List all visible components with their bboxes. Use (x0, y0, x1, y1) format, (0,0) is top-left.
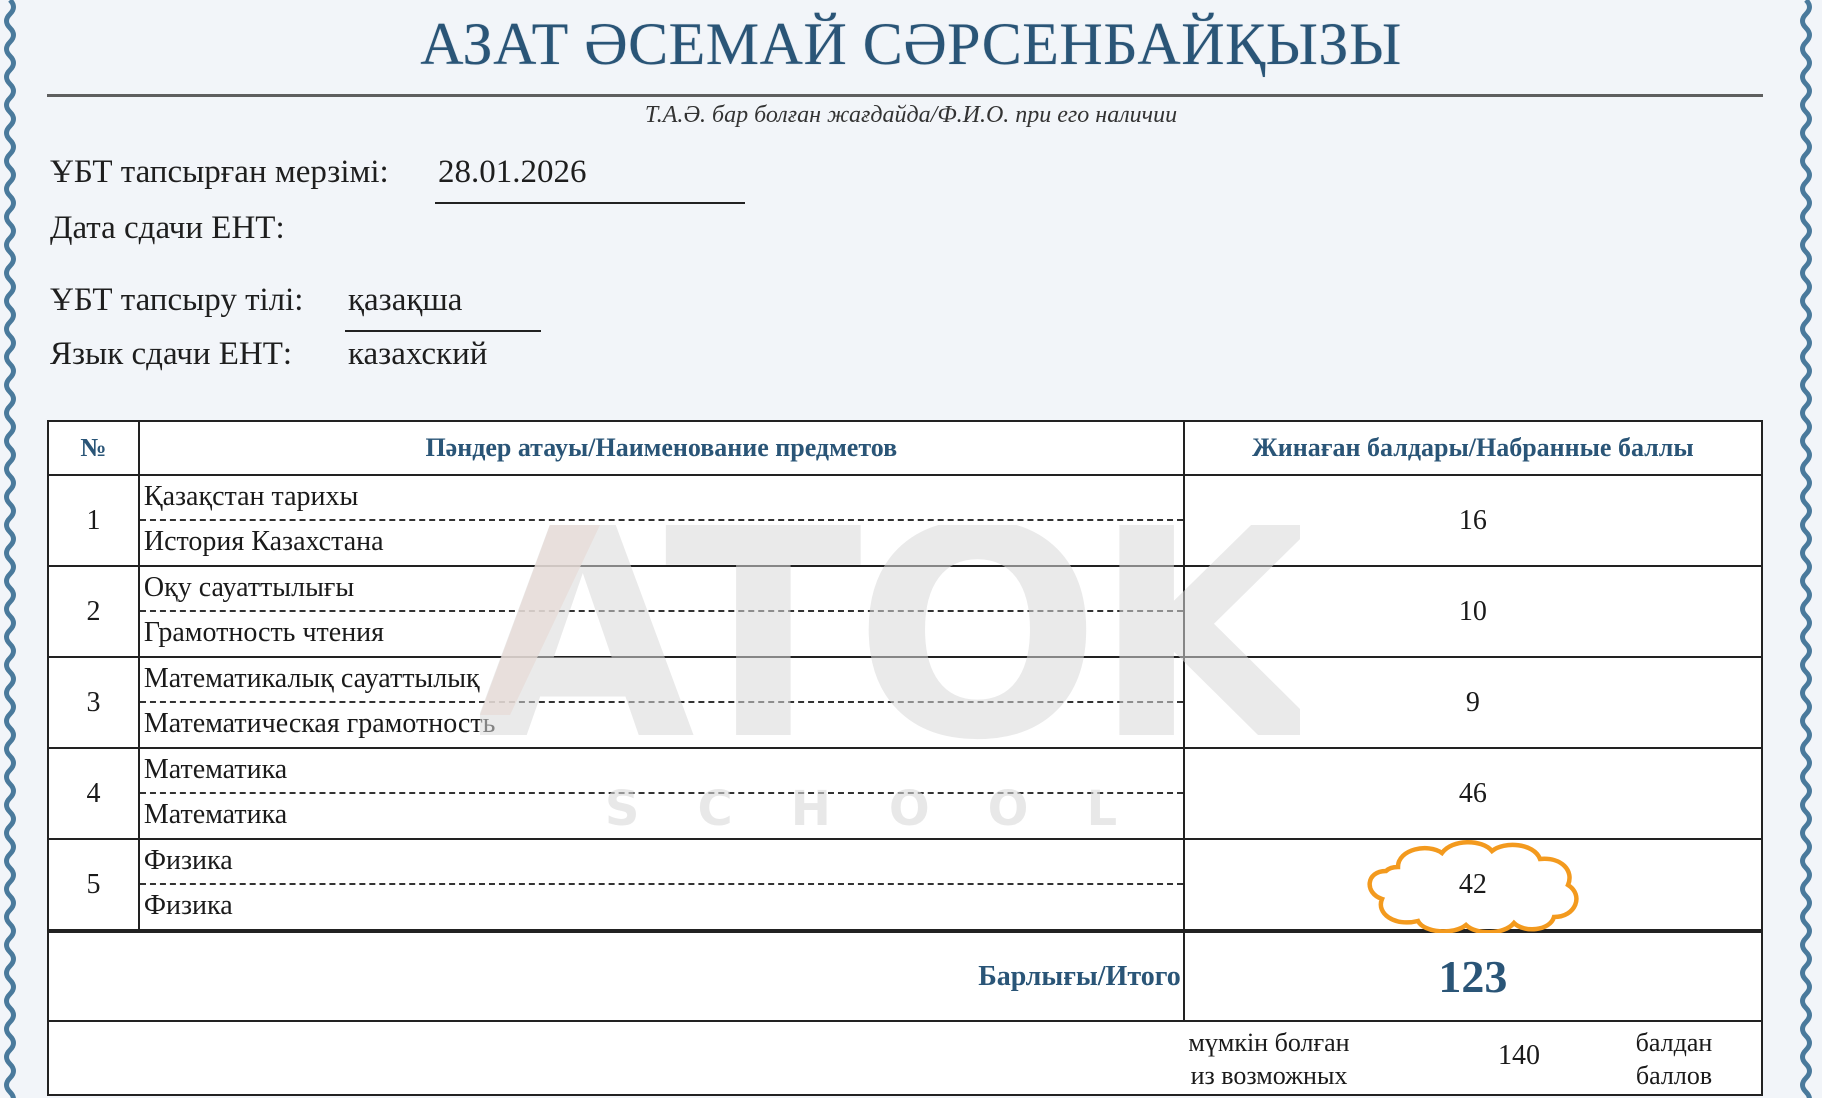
certificate-page: АЗАТ ӘСЕМАЙ СӘРСЕНБАЙҚЫЗЫ Т.А.Ә. бар бол… (0, 0, 1822, 1098)
table-row: 2Оқу сауаттылығыГрамотность чтения10 (48, 566, 1762, 657)
max-score-unit-ru: баллов (1599, 1059, 1749, 1092)
wavy-border-right-icon (1796, 0, 1816, 1098)
row-number: 5 (48, 839, 139, 931)
exam-language-underline (345, 330, 541, 332)
subject-name-ru: История Казахстана (140, 521, 1183, 565)
exam-language-label-ru: Язык сдачи ЕНТ: (50, 336, 292, 373)
subject-score-cell: 9 (1184, 657, 1762, 748)
exam-language-label-kk: ҰБТ тапсыру тілі: (50, 282, 303, 319)
max-score-row: мүмкін болған из возможных 140 балдан ба… (48, 1021, 1762, 1095)
table-row: 1Қазақстан тарихыИстория Казахстана16 (48, 475, 1762, 566)
subject-name-kk: Оқу сауаттылығы (140, 567, 1183, 612)
max-score-unit: балдан баллов (1599, 1026, 1749, 1092)
max-score-label-kk: мүмкін болған (1149, 1026, 1389, 1059)
subject-score: 46 (1459, 778, 1487, 809)
row-number: 1 (48, 475, 139, 566)
table-row: 4МатематикаМатематика46 (48, 748, 1762, 839)
subject-name-cell: ФизикаФизика (139, 839, 1184, 931)
max-score-value: 140 (1449, 1040, 1589, 1072)
header-subject: Пәндер атауы/Наименование предметов (139, 421, 1184, 475)
row-number: 3 (48, 657, 139, 748)
exam-date-label-ru: Дата сдачи ЕНТ: (50, 210, 285, 247)
subject-name-cell: Оқу сауаттылығыГрамотность чтения (139, 566, 1184, 657)
subject-name-ru: Грамотность чтения (140, 612, 1183, 656)
subject-name-cell: Қазақстан тарихыИстория Казахстана (139, 475, 1184, 566)
subject-name-kk: Математикалық сауаттылық (140, 658, 1183, 703)
subject-name-kk: Физика (140, 840, 1183, 885)
subject-score-cell: 16 (1184, 475, 1762, 566)
subject-score: 9 (1466, 687, 1480, 718)
row-number: 2 (48, 566, 139, 657)
results-table: № Пәндер атауы/Наименование предметов Жи… (47, 420, 1763, 1096)
subject-score: 42 (1459, 869, 1487, 900)
subject-score: 10 (1459, 596, 1487, 627)
exam-date-label-kk: ҰБТ тапсырған мерзімі: (50, 154, 389, 191)
header-score: Жинаған балдары/Набранные баллы (1184, 421, 1762, 475)
header-number: № (48, 421, 139, 475)
subject-score-cell: 42 (1184, 839, 1762, 931)
subject-name-ru: Математическая грамотность (140, 703, 1183, 747)
exam-date-underline (435, 202, 745, 204)
subject-name-cell: МатематикаМатематика (139, 748, 1184, 839)
subject-name-kk: Қазақстан тарихы (140, 476, 1183, 521)
full-name-caption: Т.А.Ә. бар болған жағдайда/Ф.И.О. при ег… (0, 102, 1822, 129)
total-row: Барлығы/Итого 123 (48, 931, 1762, 1021)
subject-score: 16 (1459, 505, 1487, 536)
subject-score-cell: 10 (1184, 566, 1762, 657)
student-full-name: АЗАТ ӘСЕМАЙ СӘРСЕНБАЙҚЫЗЫ (0, 10, 1822, 79)
subject-name-kk: Математика (140, 749, 1183, 794)
table-row: 5ФизикаФизика42 (48, 839, 1762, 931)
max-score-label-ru: из возможных (1149, 1059, 1389, 1092)
subject-name-ru: Математика (140, 794, 1183, 838)
table-row: 3Математикалық сауаттылықМатематическая … (48, 657, 1762, 748)
subject-name-cell: Математикалық сауаттылықМатематическая г… (139, 657, 1184, 748)
exam-date-value: 28.01.2026 (438, 154, 587, 191)
max-score-label: мүмкін болған из возможных (1149, 1026, 1389, 1092)
max-score-unit-kk: балдан (1599, 1026, 1749, 1059)
subject-name-ru: Физика (140, 885, 1183, 929)
wavy-border-left-icon (0, 0, 20, 1098)
total-label: Барлығы/Итого (48, 931, 1184, 1021)
title-divider (47, 94, 1763, 97)
total-score: 123 (1184, 931, 1762, 1021)
exam-language-value-kk: қазақша (348, 282, 462, 319)
exam-language-value-ru: казахский (348, 336, 487, 373)
subject-score-cell: 46 (1184, 748, 1762, 839)
row-number: 4 (48, 748, 139, 839)
table-header-row: № Пәндер атауы/Наименование предметов Жи… (48, 421, 1762, 475)
